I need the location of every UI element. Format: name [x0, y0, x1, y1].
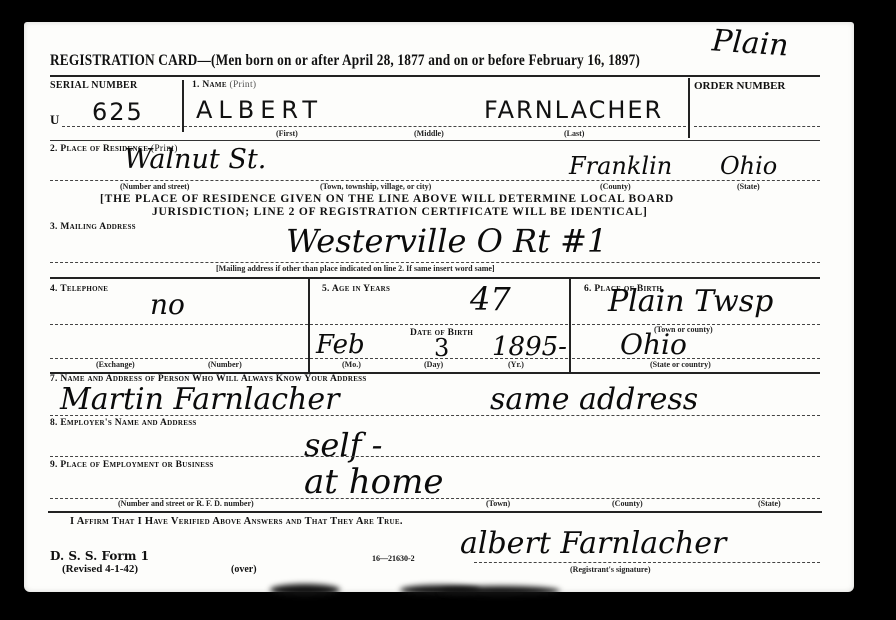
corner-annotation: Plain	[711, 23, 790, 63]
sub-day: (Day)	[424, 360, 443, 369]
title-rule	[50, 75, 820, 77]
residence-notice-1: [THE PLACE OF RESIDENCE GIVEN ON THE LIN…	[100, 193, 674, 205]
sub-mo: (Mo.)	[342, 360, 361, 369]
residence-line	[50, 180, 820, 181]
divider	[688, 78, 690, 138]
residence-notice-2: JURISDICTION; LINE 2 OF REGISTRATION CER…	[152, 206, 648, 218]
sub-town: (Town, township, village, or city)	[320, 182, 431, 191]
first-name-value[interactable]: ALBERT	[196, 96, 323, 124]
print-code: 16—21630-2	[372, 554, 415, 563]
birthplace-state-value[interactable]: Ohio	[620, 328, 687, 361]
age-label: 5. Age in Years	[322, 284, 390, 294]
scan-smudge	[270, 584, 340, 596]
divider	[569, 278, 571, 372]
over-note: (over)	[231, 564, 257, 575]
residence-state-value[interactable]: Ohio	[720, 152, 777, 180]
registration-card: REGISTRATION CARD—(Men born on or after …	[24, 22, 854, 592]
sub-number: (Number)	[208, 360, 242, 369]
age-value[interactable]: 47	[470, 280, 511, 318]
residence-county-value[interactable]: Franklin	[569, 152, 672, 180]
sub-emp-street: (Number and street or R. F. D. number)	[118, 499, 254, 508]
name-label: 1. Name (Print)	[192, 80, 256, 90]
employment-place-label: 9. Place of Employment or Business	[50, 460, 214, 470]
signature-sub: (Registrant's signature)	[570, 565, 651, 574]
scan-smudge	[440, 586, 560, 596]
employment-place-value[interactable]: at home	[304, 462, 443, 502]
sub-last: (Last)	[564, 129, 584, 138]
mailing-sub: [Mailing address if other than place ind…	[216, 264, 495, 273]
sub-emp-county: (County)	[612, 499, 643, 508]
sub-birth-state: (State or country)	[650, 360, 711, 369]
line	[50, 324, 308, 325]
sub-state: (State)	[737, 182, 760, 191]
employer-value[interactable]: self -	[304, 426, 382, 464]
mailing-line	[50, 262, 820, 263]
rule	[50, 140, 820, 141]
line	[50, 358, 308, 359]
affirmation-text: I Affirm That I Have Verified Above Answ…	[70, 516, 403, 527]
telephone-label: 4. Telephone	[50, 284, 108, 294]
residence-street-value[interactable]: Walnut St.	[124, 144, 266, 175]
sub-street: (Number and street)	[120, 182, 189, 191]
contact-name-value[interactable]: Martin Farnlacher	[60, 382, 339, 417]
mailing-address-value[interactable]: Westerville O Rt #1	[286, 222, 607, 260]
serial-line	[62, 126, 180, 127]
serial-number-value[interactable]: 625	[92, 98, 144, 126]
serial-prefix: U	[50, 112, 59, 128]
form-revised: (Revised 4-1-42)	[62, 563, 138, 575]
sub-exchange: (Exchange)	[96, 360, 135, 369]
registrant-signature[interactable]: albert Farnlacher	[460, 526, 726, 561]
employer-label: 8. Employer's Name and Address	[50, 418, 197, 428]
dob-month-value[interactable]: Feb	[316, 330, 365, 360]
sub-emp-town: (Town)	[486, 499, 510, 508]
line	[50, 415, 820, 416]
order-number-label: ORDER NUMBER	[694, 80, 785, 92]
contact-address-value[interactable]: same address	[490, 382, 698, 417]
name-line	[184, 126, 686, 127]
order-number-field[interactable]	[694, 126, 820, 127]
sub-county: (County)	[600, 182, 631, 191]
serial-number-label: SERIAL NUMBER	[50, 80, 138, 91]
line	[572, 358, 820, 359]
card-title: REGISTRATION CARD—(Men born on or after …	[50, 52, 640, 70]
mailing-address-label: 3. Mailing Address	[50, 222, 136, 232]
birthplace-town-value[interactable]: Plain Twsp	[608, 284, 773, 319]
line	[310, 358, 568, 359]
sub-first: (First)	[276, 129, 298, 138]
signature-line	[474, 562, 820, 563]
rule	[48, 511, 822, 513]
form-id: D. S. S. Form 1	[50, 549, 149, 563]
sub-yr: (Yr.)	[508, 360, 524, 369]
divider	[182, 80, 184, 132]
telephone-value[interactable]: no	[150, 288, 185, 321]
last-name-value[interactable]: FARNLACHER	[484, 96, 663, 124]
sub-middle: (Middle)	[414, 129, 444, 138]
sub-emp-state: (State)	[758, 499, 781, 508]
line	[310, 324, 568, 325]
rule	[50, 277, 820, 279]
line	[50, 456, 820, 457]
